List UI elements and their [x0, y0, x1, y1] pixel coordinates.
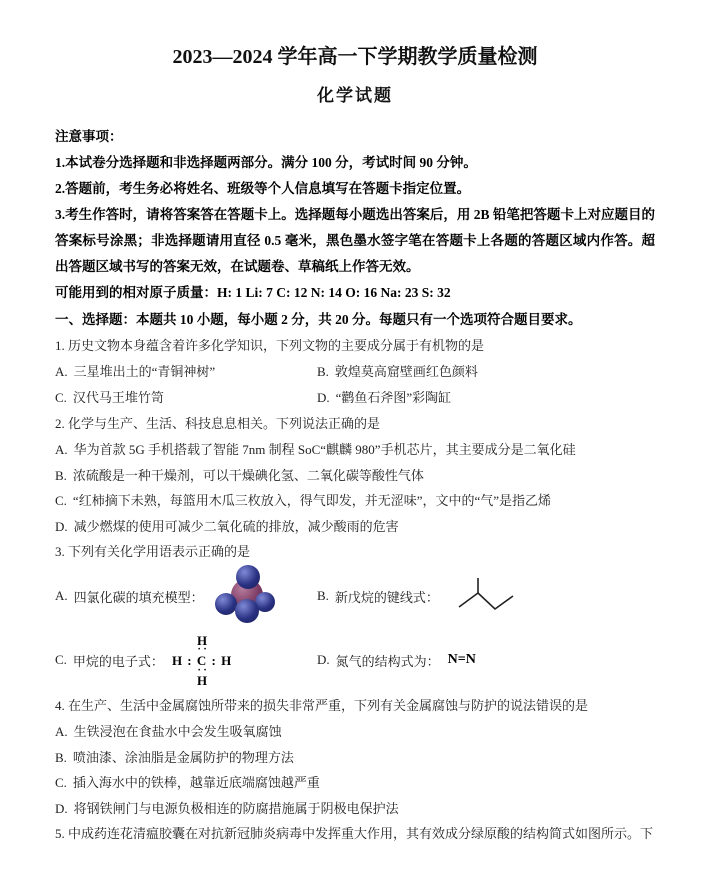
option-text: 插入海水中的铁棒，越靠近底端腐蚀越严重	[73, 775, 320, 790]
question-2-stem: 2. 化学与生产、生活、科技息息相关。下列说法正确的是	[55, 411, 655, 437]
option-label: B.	[55, 750, 67, 765]
notice-item-2: 2.答题前，考生务必将姓名、班级等个人信息填写在答题卡指定位置。	[55, 176, 655, 202]
option-label: C.	[55, 652, 67, 668]
option-text: 浓硫酸是一种干燥剂，可以干燥碘化氢、二氧化碳等酸性气体	[73, 468, 424, 483]
question-1-option-b: B.敦煌莫高窟壁画红色颜料	[317, 359, 655, 385]
notice-heading: 注意事项：	[55, 124, 655, 150]
option-text: 将钢铁闸门与电源负极相连的防腐措施属于阴极电保护法	[74, 801, 399, 816]
question-1-options: A.三星堆出土的“青铜神树” B.敦煌莫高窟壁画红色颜料 C.汉代马王堆竹笥 D…	[55, 359, 655, 411]
question-2-option-a: A.华为首款 5G 手机搭载了智能 7nm 制程 SoC“麒麟 980”手机芯片…	[55, 437, 655, 463]
question-4: 4. 在生产、生活中金属腐蚀所带来的损失非常严重，下列有关金属腐蚀与防护的说法错…	[55, 693, 655, 821]
question-3-stem: 3. 下列有关化学用语表示正确的是	[55, 539, 655, 565]
option-text: 甲烷的电子式：	[73, 651, 164, 670]
question-3-options-row-ab: A. 四氯化碳的填充模型： B. 新戊烷的键线式：	[55, 565, 655, 627]
option-text: 四氯化碳的填充模型：	[74, 587, 204, 606]
question-3-option-d: D. 氮气的结构式为： N=N	[317, 651, 655, 670]
option-label: B.	[317, 588, 329, 604]
chlorine-atom-sphere	[215, 593, 237, 615]
question-1-stem: 1. 历史文物本身蕴含着许多化学知识，下列文物的主要成分属于有机物的是	[55, 333, 655, 359]
exam-title: 2023—2024 学年高一下学期教学质量检测	[55, 44, 655, 70]
option-label: A.	[55, 724, 68, 739]
option-label: D.	[317, 652, 330, 668]
question-1-option-c: C.汉代马王堆竹笥	[55, 385, 317, 411]
exam-subject-title: 化学试题	[55, 84, 655, 108]
option-label: C.	[55, 775, 67, 790]
option-label: C.	[55, 390, 67, 405]
question-3-option-a: A. 四氯化碳的填充模型：	[55, 566, 317, 626]
option-label: A.	[55, 442, 68, 457]
option-text: 氮气的结构式为：	[336, 651, 440, 670]
question-2-option-d: D.减少燃煤的使用可减少二氧化硫的排放，减少酸雨的危害	[55, 514, 655, 540]
option-text: 喷油漆、涂油脂是金属防护的物理方法	[73, 750, 294, 765]
option-text: 新戊烷的键线式：	[335, 587, 439, 606]
option-text: 汉代马王堆竹笥	[73, 390, 164, 405]
question-4-option-b: B.喷油漆、涂油脂是金属防护的物理方法	[55, 745, 655, 771]
question-2: 2. 化学与生产、生活、科技息息相关。下列说法正确的是 A.华为首款 5G 手机…	[55, 411, 655, 539]
option-label: D.	[55, 519, 68, 534]
question-1-option-a: A.三星堆出土的“青铜神树”	[55, 359, 317, 385]
question-3-option-c: C. 甲烷的电子式： H · · H : C : H · · H	[55, 634, 317, 687]
question-3-option-b: B. 新戊烷的键线式：	[317, 575, 655, 617]
notice-item-1: 1.本试卷分选择题和非选择题两部分。满分 100 分，考试时间 90 分钟。	[55, 150, 655, 176]
section-heading-choice-questions: 一、选择题：本题共 10 小题，每小题 2 分，共 20 分。每题只有一个选项符…	[55, 307, 655, 333]
option-label: A.	[55, 364, 68, 379]
option-text: 生铁浸泡在食盐水中会发生吸氧腐蚀	[74, 724, 282, 739]
question-4-stem: 4. 在生产、生活中金属腐蚀所带来的损失非常严重，下列有关金属腐蚀与防护的说法错…	[55, 693, 655, 719]
electron-dot-formula-figure: H · · H : C : H · · H	[172, 634, 232, 687]
option-label: B.	[317, 364, 329, 379]
notice-item-3: 3.考生作答时，请将答案答在答题卡上。选择题每小题选出答案后，用 2B 铅笔把答…	[55, 202, 655, 280]
option-text: 敦煌莫高窟壁画红色颜料	[335, 364, 478, 379]
option-text: “红柿摘下未熟，每篮用木瓜三枚放入，得气即发，并无涩味”，文中的“气”是指乙烯	[73, 493, 551, 508]
question-4-option-a: A.生铁浸泡在食盐水中会发生吸氧腐蚀	[55, 719, 655, 745]
option-label: B.	[55, 468, 67, 483]
option-label: D.	[317, 390, 330, 405]
question-1-option-d: D.“鹳鱼石斧图”彩陶缸	[317, 385, 655, 411]
question-5-stem: 5. 中成药连花清瘟胶囊在对抗新冠肺炎病毒中发挥重大作用，其有效成分绿原酸的结构…	[55, 821, 655, 847]
nitrogen-structural-formula: N=N	[448, 652, 476, 668]
option-text: 三星堆出土的“青铜神树”	[74, 364, 216, 379]
question-4-option-c: C.插入海水中的铁棒，越靠近底端腐蚀越严重	[55, 770, 655, 796]
question-3-options-row-cd: C. 甲烷的电子式： H · · H : C : H · · H D. 氮气的结…	[55, 627, 655, 693]
option-text: 华为首款 5G 手机搭载了智能 7nm 制程 SoC“麒麟 980”手机芯片，其…	[74, 442, 576, 457]
question-3: 3. 下列有关化学用语表示正确的是 A. 四氯化碳的填充模型： B. 新戊烷的键…	[55, 539, 655, 693]
skeletal-formula-figure	[447, 575, 519, 617]
chlorine-atom-sphere	[236, 565, 260, 589]
chlorine-atom-sphere	[235, 599, 259, 623]
option-label: A.	[55, 588, 68, 604]
option-label: C.	[55, 493, 67, 508]
notice-section: 注意事项： 1.本试卷分选择题和非选择题两部分。满分 100 分，考试时间 90…	[55, 124, 655, 306]
option-text: “鹳鱼石斧图”彩陶缸	[336, 390, 452, 405]
question-4-option-d: D.将钢铁闸门与电源负极相连的防腐措施属于阴极电保护法	[55, 796, 655, 822]
option-label: D.	[55, 801, 68, 816]
question-5: 5. 中成药连花清瘟胶囊在对抗新冠肺炎病毒中发挥重大作用，其有效成分绿原酸的结构…	[55, 821, 655, 847]
question-2-option-b: B.浓硫酸是一种干燥剂，可以干燥碘化氢、二氧化碳等酸性气体	[55, 463, 655, 489]
question-2-option-c: C.“红柿摘下未熟，每篮用木瓜三枚放入，得气即发，并无涩味”，文中的“气”是指乙…	[55, 488, 655, 514]
electron-dot-row: H	[172, 674, 232, 687]
exam-paper-page: 2023—2024 学年高一下学期教学质量检测 化学试题 注意事项： 1.本试卷…	[0, 0, 701, 877]
ccl4-space-filling-model-figure	[212, 566, 286, 626]
question-1: 1. 历史文物本身蕴含着许多化学知识，下列文物的主要成分属于有机物的是 A.三星…	[55, 333, 655, 411]
option-text: 减少燃煤的使用可减少二氧化硫的排放，减少酸雨的危害	[74, 519, 399, 534]
atomic-masses-line: 可能用到的相对原子质量：H: 1 Li: 7 C: 12 N: 14 O: 16…	[55, 280, 655, 306]
